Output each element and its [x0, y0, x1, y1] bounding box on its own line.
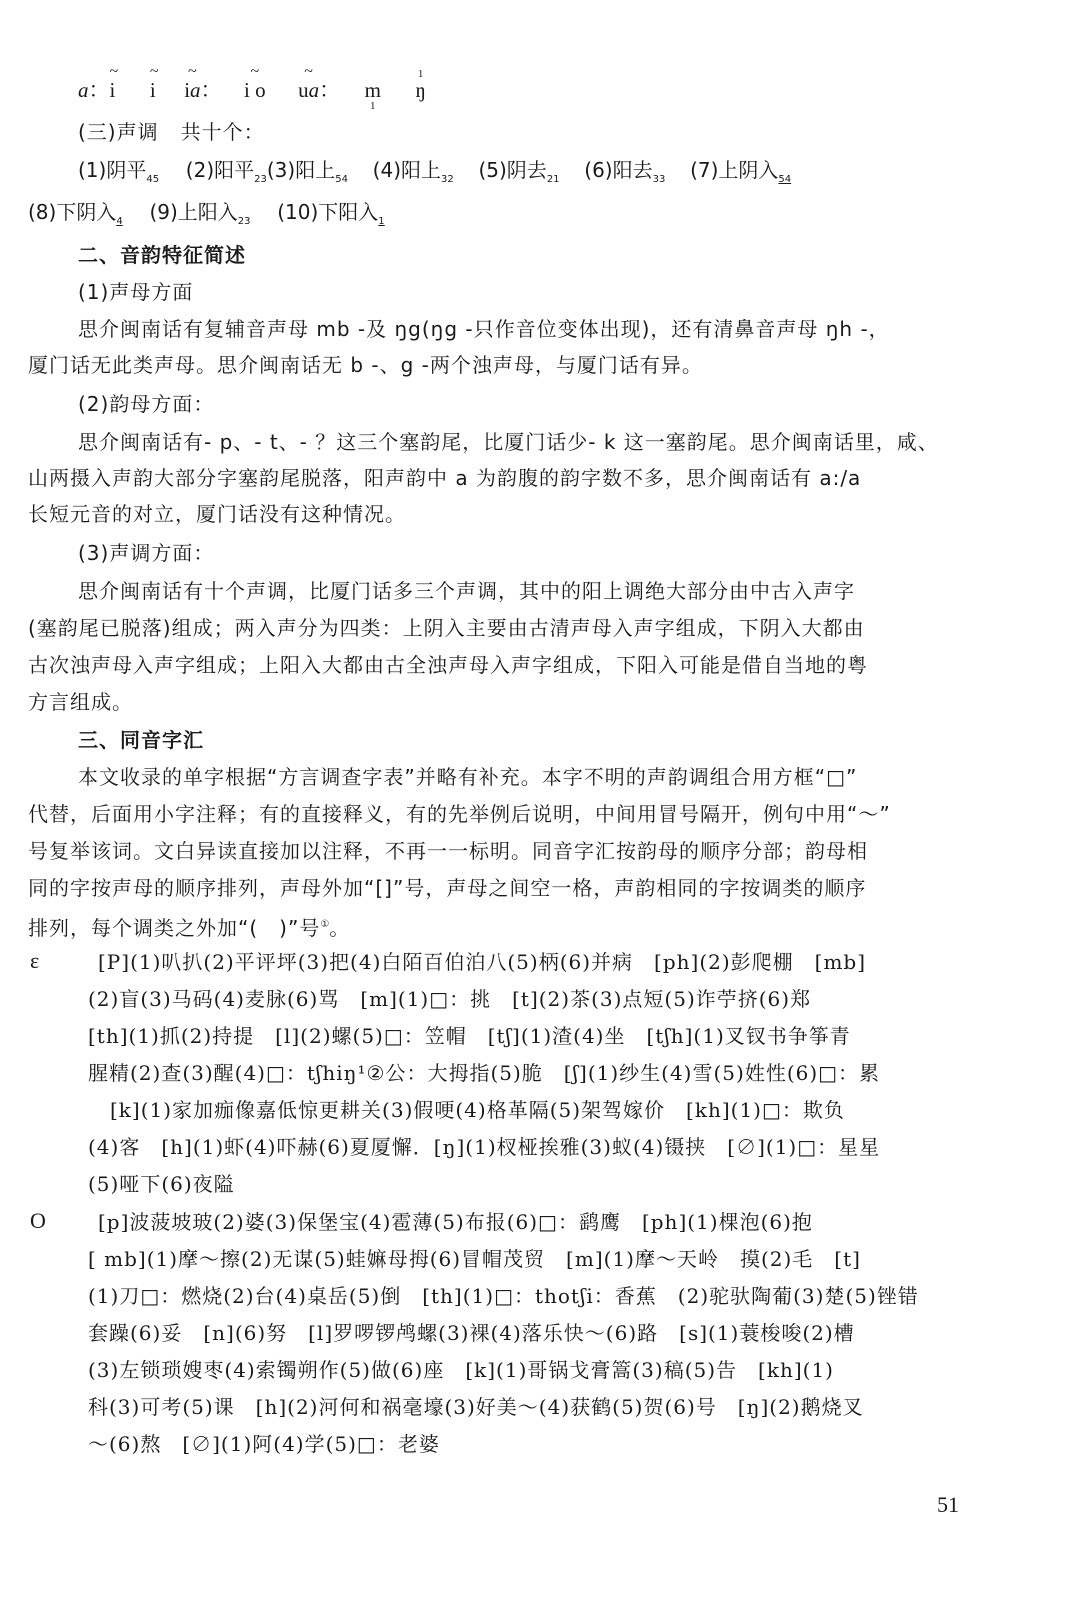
- paragraph-line: 同的字按声母的顺序排列，声母外加“[]”号，声母之间空一格，声韵相同的字按调类的…: [28, 876, 866, 900]
- homophone-line: [p]波菠坡玻(2)婆(3)保堡宝(4)雹薄(5)布报(6)□：鹞鹰 [ph](…: [98, 1210, 813, 1234]
- tones-title: (三)声调: [78, 120, 159, 144]
- subsection-finals-title: (2)韵母方面：: [78, 392, 214, 416]
- tones-list-line-1: (1)阴平45 (2)阳平23(3)阳上54 (4)阳上32 (5)阴去21 (…: [78, 158, 791, 192]
- tone-1: (1)阴平45: [78, 158, 159, 182]
- tones-count: 共十个：: [181, 120, 265, 144]
- homophone-line: (2)盲(3)马码(4)麦脉(6)骂 [m](1)□：挑 [t](2)茶(3)点…: [88, 987, 811, 1011]
- paragraph-line: 本文收录的单字根据“方言调查字表”并略有补充。本字不明的声韵调组合用方框“□”: [78, 765, 857, 789]
- homophone-line: [P](1)叭扒(2)平评坪(3)把(4)白陌百伯泊八(5)柄(6)并病 [ph…: [98, 950, 866, 974]
- period: 。: [329, 916, 350, 940]
- homophone-line: (1)刀□：燃烧(2)台(4)桌岳(5)倒 [th](1)□：thotʃi：香蕉…: [88, 1284, 919, 1308]
- homophone-line: 科(3)可考(5)课 [h](2)河何和祸毫壕(3)好美～(4)获鹤(5)贺(6…: [88, 1395, 864, 1419]
- paragraph-text: 排列，每个调类之外加“( )”号: [28, 916, 320, 940]
- homophone-line: (4)客 [h](1)虾(4)吓赫(6)夏厦懈．[ŋ](1)杈桠挨雅(3)蚁(4…: [88, 1135, 880, 1159]
- section-heading-phonology: 二、音韵特征简述: [78, 243, 246, 267]
- subsection-tones-title: (3)声调方面：: [78, 541, 214, 565]
- footnote-marker[interactable]: ①: [320, 919, 329, 930]
- document-page: a：~i ~i ~ia： ~i o ~ua： m1 ŋ1 (三)声调共十个： (…: [0, 0, 1080, 1598]
- homophone-line: (5)哑下(6)夜隘: [88, 1172, 235, 1196]
- homophone-line: [k](1)家加痂像嘉低惊更耕关(3)假哽(4)格革隔(5)架驾嫁价 [kh](…: [110, 1098, 845, 1122]
- paragraph-line: 思介闽南话有十个声调，比厦门话多三个声调，其中的阳上调绝大部分由中古入声字: [78, 579, 855, 603]
- tone-3: (3)阳上54: [267, 158, 348, 182]
- paragraph-line: 古次浊声母入声字组成；上阳入大都由古全浊声母入声字组成，下阳入可能是借自当地的粤: [28, 653, 868, 677]
- paragraph-line: 方言组成。: [28, 690, 133, 714]
- final-i-nasal: ~i: [110, 78, 116, 102]
- paragraph-line: 山两摄入声韵大部分字塞韵尾脱落，阳声韵中 a 为韵腹的韵字数不多，思介闽南话有 …: [28, 466, 861, 490]
- homophone-line: ～(6)熬 [∅](1)阿(4)学(5)□：老婆: [88, 1432, 440, 1456]
- paragraph-line: 思介闽南话有- p、- t、- ？这三个塞韵尾，比厦门话少- k 这一塞韵尾。思…: [78, 430, 939, 454]
- paragraph-line: 号复举该词。文白异读直接加以注释，不再一一标明。同音字汇按韵母的顺序分部；韵母相: [28, 839, 868, 863]
- paragraph-line: 排列，每个调类之外加“( )”号①。: [28, 913, 350, 940]
- syllabic-m: m1: [365, 78, 381, 102]
- tone-5: (5)阴去21: [478, 158, 559, 182]
- tone-10: (10)下阳入1: [277, 200, 384, 224]
- tone-2: (2)阳平23: [186, 158, 267, 182]
- section-heading-homophones: 三、同音字汇: [78, 728, 204, 752]
- syllabic-ng: ŋ1: [415, 78, 425, 102]
- tones-list-line-2: (8)下阴入4 (9)上阳入23 (10)下阳入1: [28, 200, 385, 234]
- paragraph-line: 思介闽南话有复辅音声母 mb -及 ŋg(ŋg -只作音位变体出现)，还有清鼻音…: [78, 317, 890, 341]
- final-ua-nasal: ~ua: [298, 78, 319, 102]
- final-i-nasal-2: ~i: [150, 78, 156, 102]
- homophone-line: 套躁(6)妥 [n](6)努 [l]罗啰锣鸬螺(3)裸(4)落乐快～(6)路 […: [88, 1321, 855, 1345]
- final-ia-nasal: ~ia: [184, 78, 200, 102]
- rhyme-label-epsilon: ε: [30, 948, 39, 974]
- homophone-line: 腥精(2)查(3)醒(4)□：tʃhiŋ¹②公：大拇指(5)脆 [ʃ](1)纱生…: [88, 1061, 880, 1085]
- tone-8: (8)下阴入4: [28, 200, 123, 224]
- tone-6: (6)阳去33: [584, 158, 665, 182]
- colon: ：: [201, 78, 222, 102]
- paragraph-line: 长短元音的对立，厦门话没有这种情况。: [28, 502, 406, 526]
- tone-9: (9)上阳入23: [149, 200, 250, 224]
- subsection-initials-title: (1)声母方面: [78, 280, 193, 304]
- homophone-line: [th](1)抓(2)持提 [l](2)螺(5)□：笠帽 [tʃ](1)渣(4)…: [88, 1024, 851, 1048]
- paragraph-line: 代替，后面用小字注释；有的直接释义，有的先举例后说明，中间用冒号隔开，例句中用“…: [28, 802, 891, 826]
- paragraph-line: (塞韵尾已脱落)组成；两入声分为四类：上阴入主要由古清声母入声字组成，下阴入大都…: [28, 616, 865, 640]
- final-a: a: [78, 78, 89, 102]
- tone-4: (4)阳上32: [373, 158, 454, 182]
- tones-heading: (三)声调共十个：: [78, 120, 265, 144]
- tone-7: (7)上阴入54: [690, 158, 791, 182]
- page-number: 51: [937, 1492, 959, 1518]
- paragraph-line: 厦门话无此类声母。思介闽南话无 b -、g -两个浊声母，与厦门话有异。: [28, 353, 703, 377]
- final-io-nasal: ~i o: [244, 78, 266, 102]
- colon: ：: [89, 78, 110, 102]
- nasal-finals-row: a：~i ~i ~ia： ~i o ~ua： m1 ŋ1: [78, 78, 426, 102]
- colon: ：: [319, 78, 340, 102]
- rhyme-label-o: O: [30, 1208, 46, 1234]
- homophone-line: [ mb](1)摩～擦(2)无谋(5)蛙嫲母拇(6)冒帽茂贸 [m](1)摩～天…: [88, 1247, 861, 1271]
- homophone-line: (3)左锁琐嫂枣(4)索镯朔作(5)做(6)座 [k](1)哥锅戈膏篙(3)稿(…: [88, 1358, 834, 1382]
